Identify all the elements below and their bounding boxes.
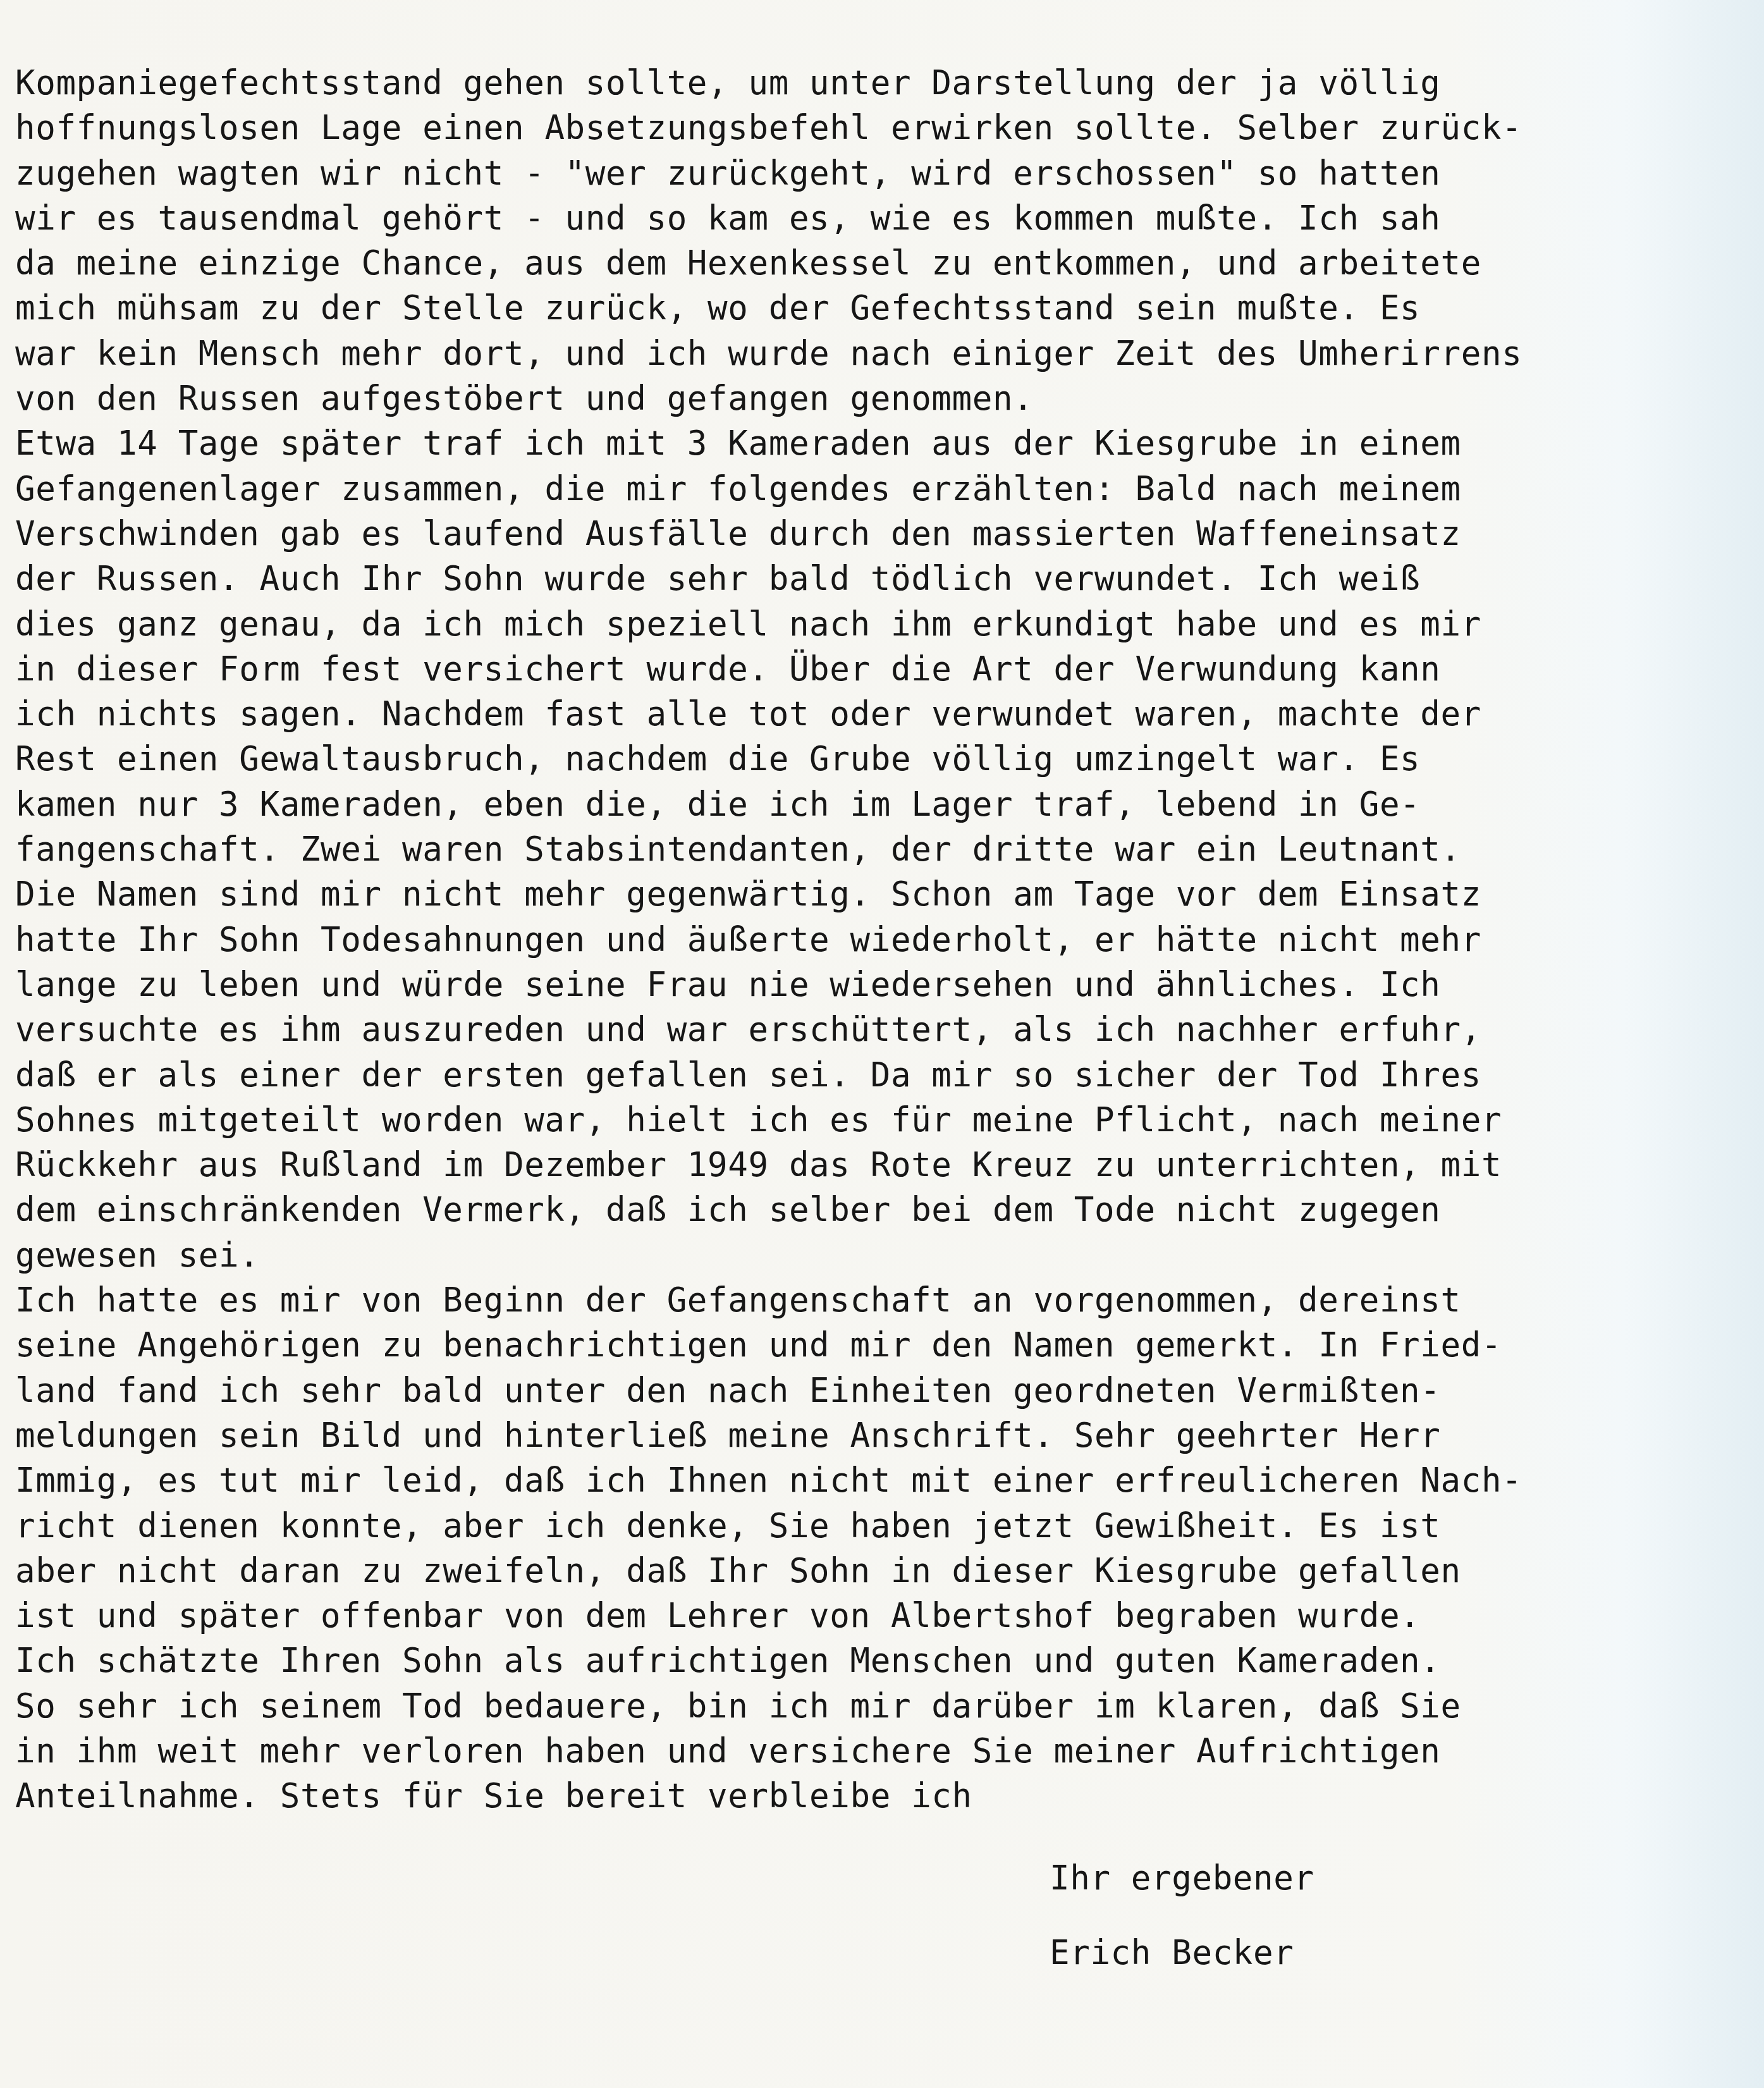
letter-line: gewesen sei. — [15, 1233, 1722, 1278]
letter-line: richt dienen konnte, aber ich denke, Sie… — [15, 1504, 1722, 1549]
letter-line: Immig, es tut mir leid, daß ich Ihnen ni… — [15, 1458, 1722, 1503]
letter-line: Sohnes mitgeteilt worden war, hielt ich … — [15, 1098, 1722, 1143]
letter-line: kamen nur 3 Kameraden, eben die, die ich… — [15, 782, 1722, 827]
letter-line: ich nichts sagen. Nachdem fast alle tot … — [15, 692, 1722, 737]
letter-line: dem einschränkenden Vermerk, daß ich sel… — [15, 1188, 1722, 1232]
letter-line: ist und später offenbar von dem Lehrer v… — [15, 1594, 1722, 1638]
letter-line: Rückkehr aus Rußland im Dezember 1949 da… — [15, 1143, 1722, 1188]
letter-line: der Russen. Auch Ihr Sohn wurde sehr bal… — [15, 556, 1722, 601]
signature-name: Erich Becker — [1050, 1934, 1294, 1972]
letter-line: Ich hatte es mir von Beginn der Gefangen… — [15, 1278, 1722, 1323]
letter-line: seine Angehörigen zu benachrichtigen und… — [15, 1323, 1722, 1368]
letter-line: mich mühsam zu der Stelle zurück, wo der… — [15, 286, 1722, 331]
letter-line: dies ganz genau, da ich mich speziell na… — [15, 602, 1722, 647]
letter-line: land fand ich sehr bald unter den nach E… — [15, 1368, 1722, 1413]
letter-line: Rest einen Gewaltausbruch, nachdem die G… — [15, 737, 1722, 782]
letter-line: Die Namen sind mir nicht mehr gegenwärti… — [15, 872, 1722, 917]
letter-line: meldungen sein Bild und hinterließ meine… — [15, 1413, 1722, 1458]
letter-line: Ich schätzte Ihren Sohn als aufrichtigen… — [15, 1638, 1722, 1683]
letter-line: fangenschaft. Zwei waren Stabsintendante… — [15, 827, 1722, 872]
letter-line: hoffnungslosen Lage einen Absetzungsbefe… — [15, 106, 1722, 150]
letter-line: in ihm weit mehr verloren haben und vers… — [15, 1729, 1722, 1774]
letter-line: Anteilnahme. Stets für Sie bereit verble… — [15, 1774, 1722, 1819]
letter-page: Kompaniegefechtsstand gehen sollte, um u… — [0, 0, 1764, 2088]
letter-line: So sehr ich seinem Tod bedauere, bin ich… — [15, 1684, 1722, 1729]
letter-line: daß er als einer der ersten gefallen sei… — [15, 1053, 1722, 1098]
closing-phrase: Ihr ergebener — [1050, 1859, 1314, 1898]
letter-line: Verschwinden gab es laufend Ausfälle dur… — [15, 512, 1722, 556]
letter-line: in dieser Form fest versichert wurde. Üb… — [15, 647, 1722, 692]
letter-line: Etwa 14 Tage später traf ich mit 3 Kamer… — [15, 421, 1722, 466]
letter-line: da meine einzige Chance, aus dem Hexenke… — [15, 241, 1722, 286]
letter-line: von den Russen aufgestöbert und gefangen… — [15, 376, 1722, 421]
letter-line: Gefangenenlager zusammen, die mir folgen… — [15, 467, 1722, 512]
letter-line: lange zu leben und würde seine Frau nie … — [15, 962, 1722, 1007]
letter-body: Kompaniegefechtsstand gehen sollte, um u… — [15, 61, 1722, 1819]
letter-line: wir es tausendmal gehört - und so kam es… — [15, 196, 1722, 241]
letter-line: aber nicht daran zu zweifeln, daß Ihr So… — [15, 1549, 1722, 1594]
letter-line: zugehen wagten wir nicht - "wer zurückge… — [15, 151, 1722, 196]
letter-line: war kein Mensch mehr dort, und ich wurde… — [15, 331, 1722, 376]
letter-line: versuchte es ihm auszureden und war ersc… — [15, 1007, 1722, 1052]
letter-line: hatte Ihr Sohn Todesahnungen und äußerte… — [15, 918, 1722, 962]
letter-line: Kompaniegefechtsstand gehen sollte, um u… — [15, 61, 1722, 106]
